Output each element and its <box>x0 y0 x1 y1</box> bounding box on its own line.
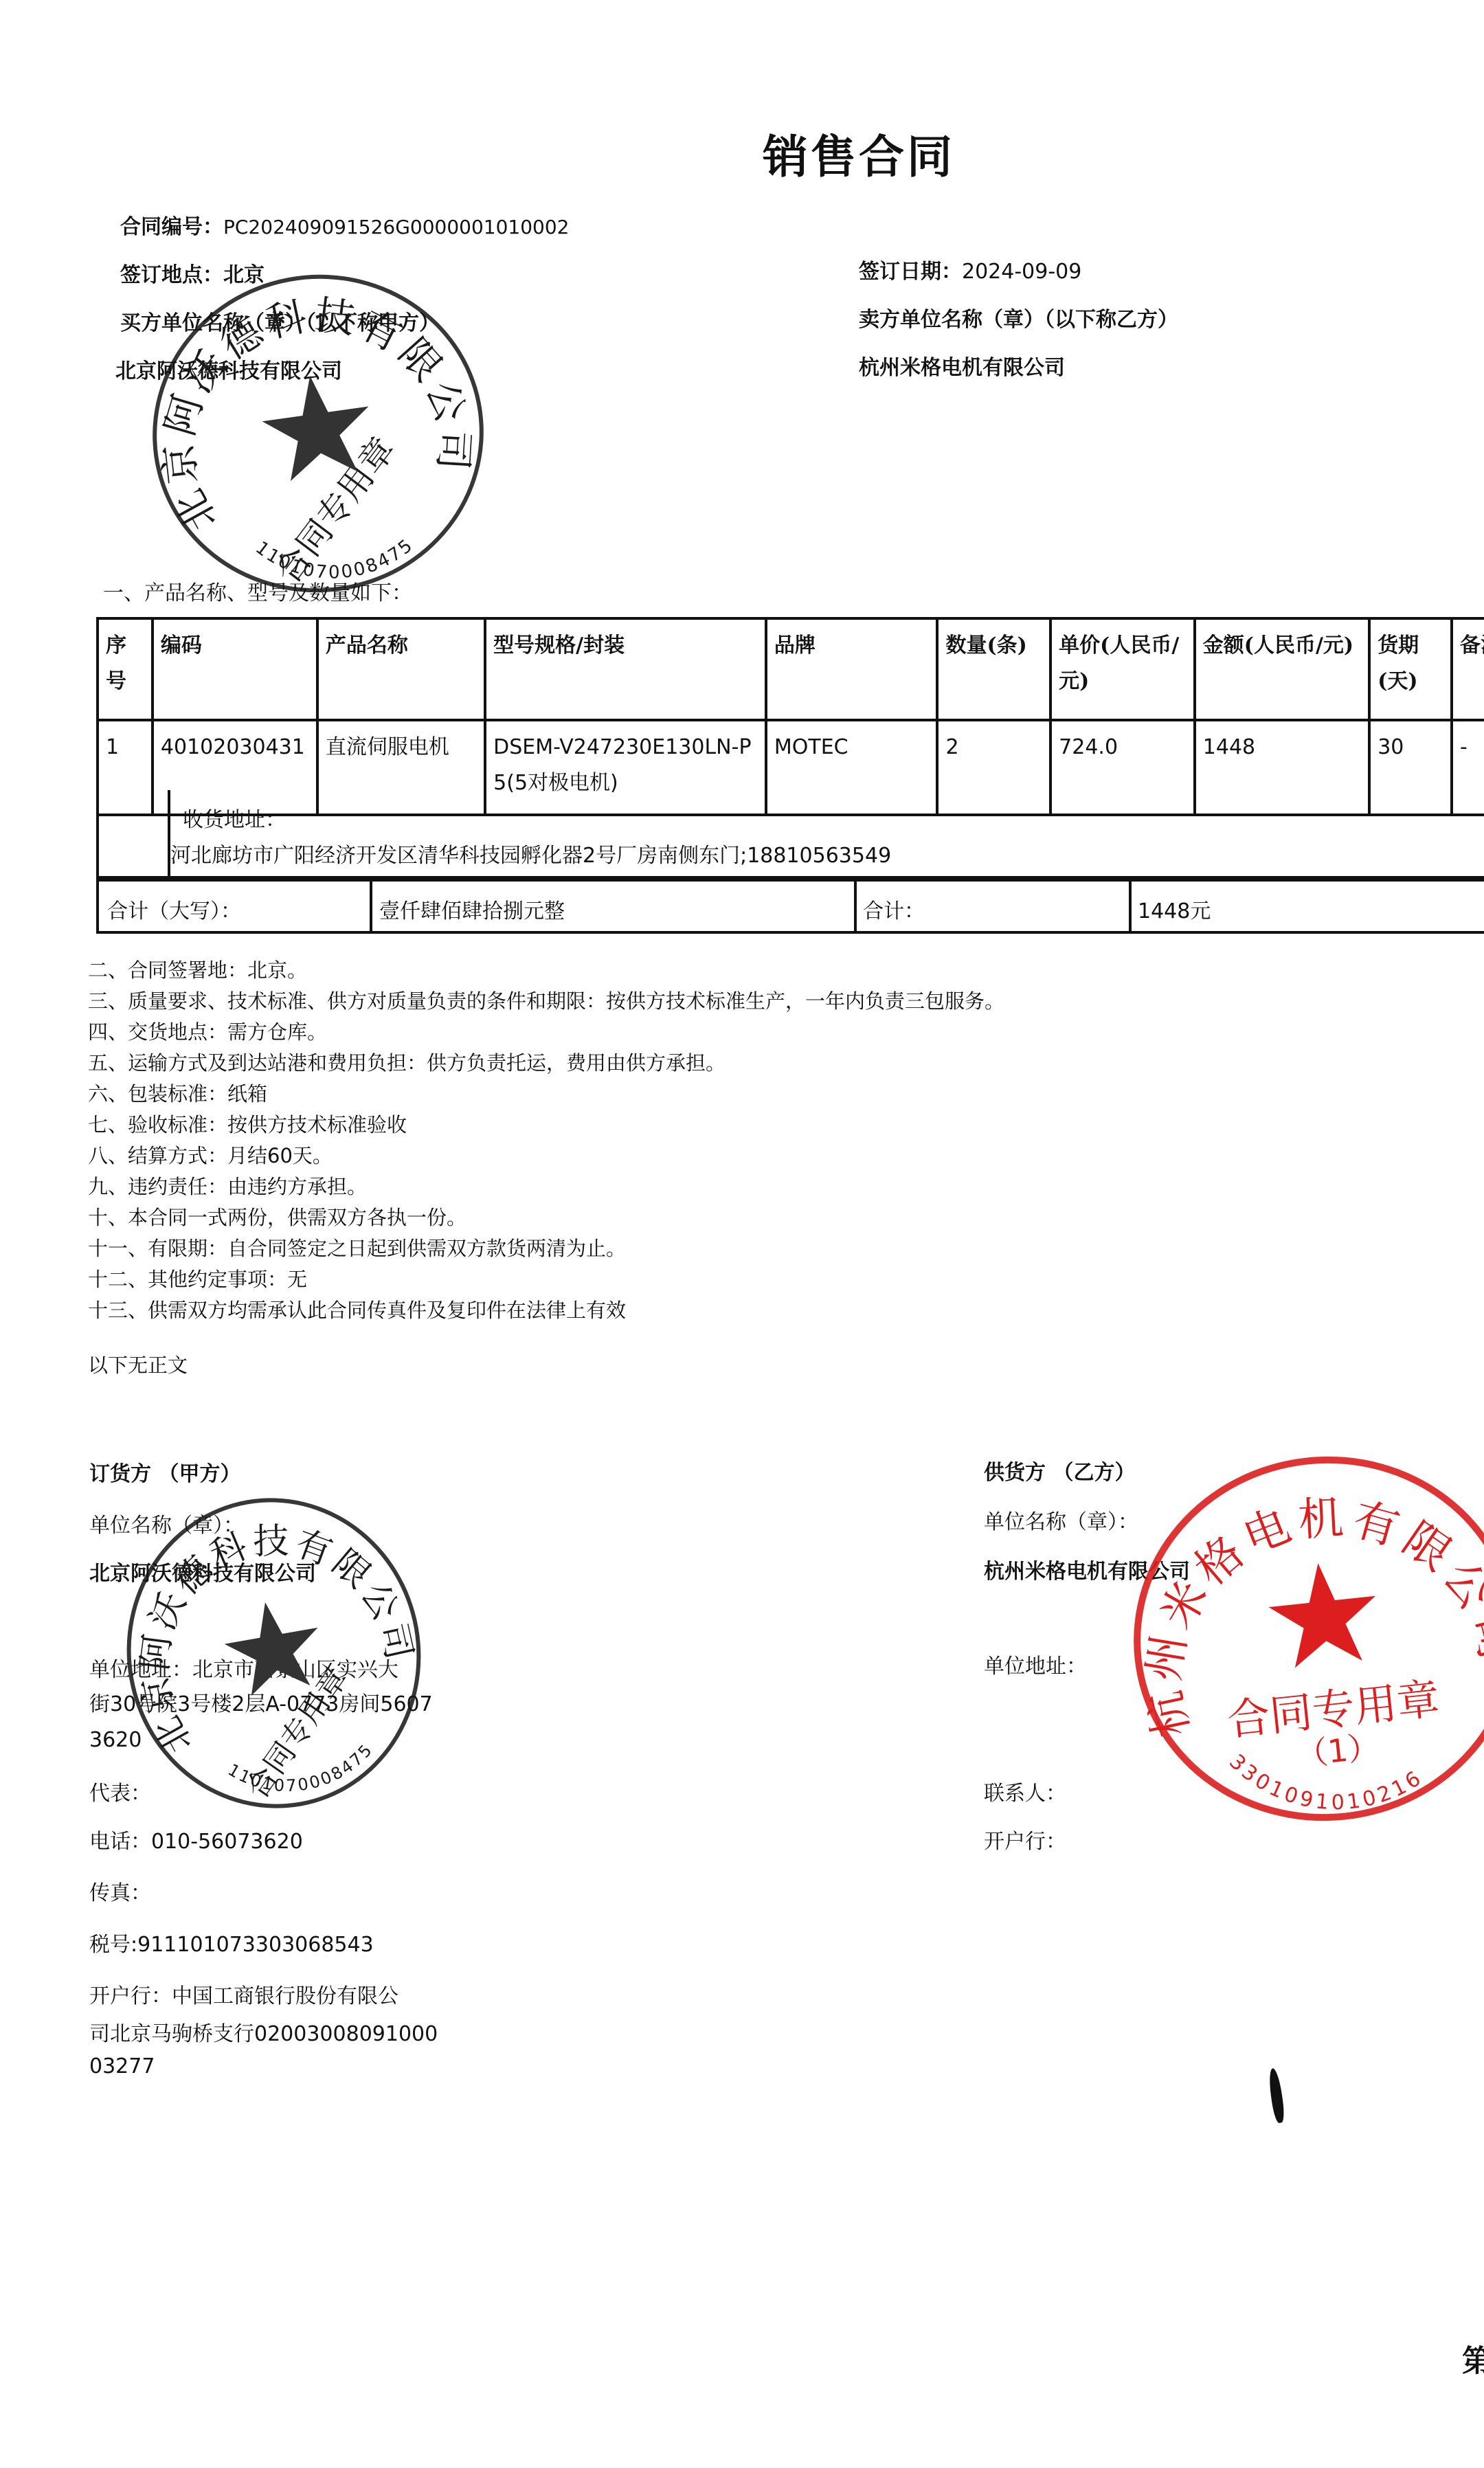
seller-label: 卖方单位名称（章）（以下称乙方） <box>859 302 1178 333</box>
total-caps-value: 壹仟肆佰肆拾捌元整 <box>379 894 565 924</box>
buyer-rep-label: 代表： <box>89 1776 151 1806</box>
term-item: 十三、供需双方均需承认此合同传真件及复印件在法律上有效 <box>88 1295 1004 1326</box>
page-number-marker: 第 <box>1462 2336 1484 2380</box>
seller-bank-label: 开户行： <box>984 1824 1066 1854</box>
buyer-company-seal-bottom: 北京阿沃德科技有限公司 合同专用章 1101070008475 <box>102 1474 445 1831</box>
buyer-phone-label: 电话： <box>89 1830 151 1854</box>
header-brand: 品牌 <box>766 618 938 720</box>
term-item: 四、交货地点：需方仓库。 <box>88 1017 1004 1048</box>
contract-number-label: 合同编号： <box>120 215 223 239</box>
end-note: 以下无正文 <box>88 1350 188 1378</box>
sign-date-value: 2024-09-09 <box>962 260 1081 284</box>
sign-place-value: 北京 <box>223 263 265 287</box>
buyer-bank-line1: 开户行：中国工商银行股份有限公 <box>89 1979 398 2009</box>
buyer-tax-label: 税号: <box>89 1933 137 1957</box>
document-title: 销售合同 <box>763 120 955 186</box>
buyer-tax-value: 91110107330306854​3 <box>137 1933 374 1957</box>
buyer-address-line3: 3620 <box>89 1728 142 1752</box>
buyer-phone: 电话：010-56073620 <box>89 1824 303 1854</box>
seller-name: 杭州米格电机有限公司 <box>859 350 1065 381</box>
term-item: 六、包装标准：纸箱 <box>88 1079 1004 1110</box>
buyer-phone-value: 010-56073620 <box>151 1830 303 1854</box>
header-model: 型号规格/封装 <box>485 618 766 720</box>
sign-date: 签订日期：2024-09-09 <box>859 254 1081 284</box>
header-amount: 金额(人民币/元) <box>1195 618 1369 720</box>
header-code: 编码 <box>153 618 317 720</box>
header-seq: 序号 <box>98 618 153 720</box>
header-product: 产品名称 <box>317 618 485 720</box>
term-item: 十一、有限期：自合同签定之日起到供需双方款货两清为止。 <box>88 1233 1004 1264</box>
sign-place: 签订地点：北京 <box>120 258 265 288</box>
buyer-company-seal-top: 北京阿沃德科技有限公司 合同专用章 1101070008475 <box>132 254 504 614</box>
svg-text:（1）: （1） <box>1294 1728 1381 1773</box>
header-lead-time: 货期(天) <box>1369 618 1452 720</box>
seller-unit-name-label: 单位名称（章）： <box>984 1505 1138 1535</box>
total-row: 合计（大写）： 壹仟肆佰肆拾捌元整 合计： 1448元 <box>96 879 1484 934</box>
delivery-address-row: 收货地址： 河北廊坊市广阳经济开发区清华科技园孵化器2号厂房南侧东门;18810… <box>96 790 1484 879</box>
term-item: 七、验收标准：按供方技术标准验收 <box>88 1110 1004 1141</box>
header-qty: 数量(条) <box>937 618 1050 720</box>
term-item: 三、质量要求、技术标准、供方对质量负责的条件和期限：按供方技术标准生产，一年内负… <box>88 986 1004 1017</box>
total-label: 合计： <box>863 894 925 924</box>
table-header-row: 序号 编码 产品名称 型号规格/封装 品牌 数量(条) 单价(人民币/元) 金额… <box>98 618 1484 720</box>
total-value: 1448元 <box>1138 894 1211 924</box>
term-item: 十、本合同一式两份，供需双方各执一份。 <box>88 1202 1004 1233</box>
buyer-tax: 税号:91110107330306854​3 <box>89 1927 374 1957</box>
delivery-address-label: 收货地址： <box>183 803 286 833</box>
header-unit-price: 单价(人民币/元) <box>1050 618 1195 720</box>
seller-contact-label: 联系人： <box>984 1776 1066 1806</box>
delivery-address-value: 河北廊坊市广阳经济开发区清华科技园孵化器2号厂房南侧东门;18810563549 <box>170 838 891 868</box>
term-item: 九、违约责任：由违约方承担。 <box>88 1171 1004 1202</box>
terms-list: 二、合同签署地：北京。 三、质量要求、技术标准、供方对质量负责的条件和期限：按供… <box>88 955 1004 1326</box>
sign-date-label: 签订日期： <box>859 260 962 284</box>
star-icon <box>251 362 383 494</box>
product-table: 序号 编码 产品名称 型号规格/封装 品牌 数量(条) 单价(人民币/元) 金额… <box>96 617 1484 816</box>
contract-number: 合同编号：PC20240909152​6G0000001010002 <box>120 210 570 240</box>
term-item: 十二、其他约定事项：无 <box>88 1264 1004 1295</box>
term-item: 二、合同签署地：北京。 <box>88 955 1004 986</box>
sign-place-label: 签订地点： <box>120 263 223 287</box>
term-item: 五、运输方式及到达站港和费用负担：供方负责托运，费用由供方承担。 <box>88 1048 1004 1079</box>
address-row-spacer <box>99 790 170 876</box>
seller-company-seal: 杭州米格电机有限公司 合同专用章 （1） 3301091010216 <box>1116 1437 1484 1840</box>
seller-heading: 供货方 （乙方） <box>984 1455 1135 1485</box>
seller-address-label: 单位地址： <box>984 1649 1087 1679</box>
buyer-fax-label: 传真： <box>89 1876 151 1906</box>
contract-number-value: PC20240909152​6G0000001010002 <box>223 216 570 238</box>
total-caps-label: 合计（大写）： <box>107 894 241 924</box>
scan-mark <box>1268 2067 1286 2123</box>
star-icon <box>1259 1551 1388 1680</box>
header-remark: 备注 <box>1452 618 1484 720</box>
buyer-bank-line2: 司北京马驹桥支行02003008091000 <box>89 2017 438 2047</box>
buyer-bank-line3: 03277 <box>89 2054 155 2078</box>
buyer-heading: 订货方 （甲方） <box>89 1457 240 1487</box>
star-icon <box>213 1589 333 1708</box>
term-item: 八、结算方式：月结60天。 <box>88 1141 1004 1171</box>
